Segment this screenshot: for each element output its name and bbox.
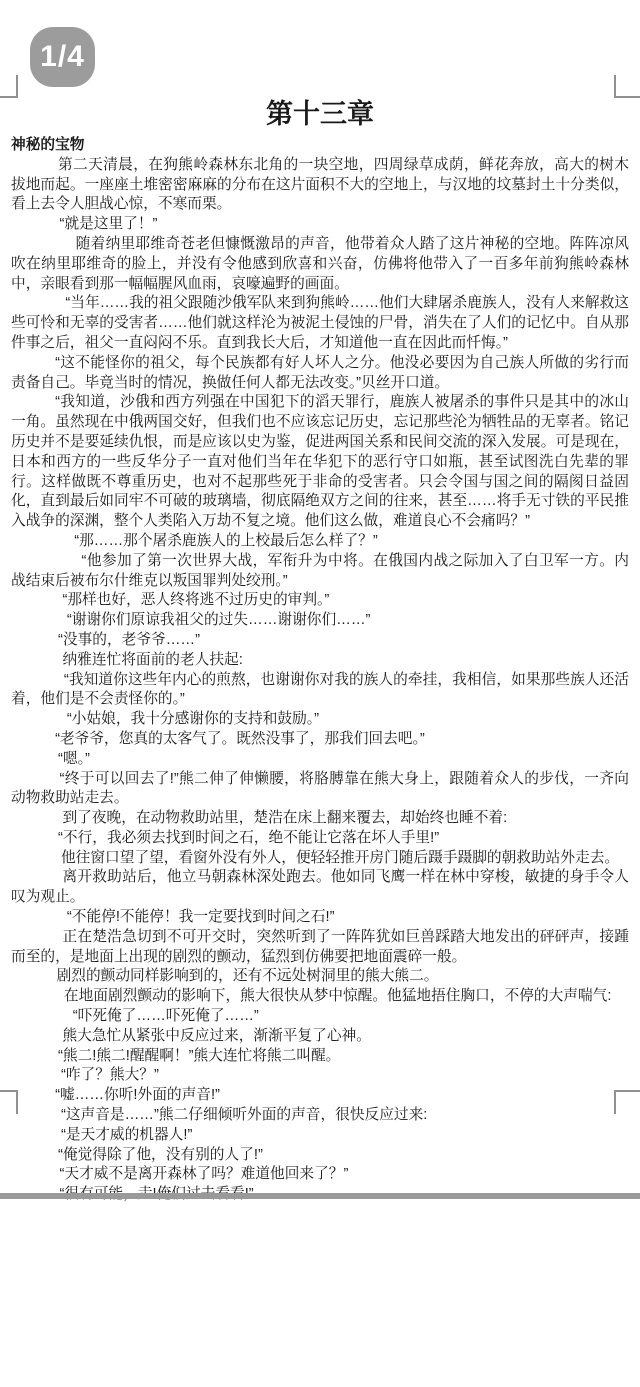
paragraph: “嗯。”	[11, 750, 629, 770]
paragraph: “终于可以回去了!”熊二伸了伸懒腰，将胳膊靠在熊大身上，跟随着众人的步伐，一齐向…	[11, 770, 629, 810]
page-indicator-label: 1/4	[40, 40, 85, 74]
chapter-title: 第十三章	[11, 96, 629, 132]
paragraph: 第二天清晨，在狗熊岭森林东北角的一块空地，四周绿草成荫，鲜花奔放，高大的树木拔地…	[11, 156, 629, 215]
paragraph: “熊二!熊二!醒醒啊！”熊大连忙将熊二叫醒。	[11, 1047, 629, 1067]
paragraph: “天才威不是离开森林了吗？难道他回来了？”	[11, 1165, 629, 1185]
paragraph: “那样也好，恶人终将逃不过历史的审判。”	[11, 591, 629, 611]
paragraph: “吓死俺了……吓死俺了……”	[11, 1007, 629, 1027]
paragraph: 熊大急忙从紧张中反应过来，渐渐平复了心神。	[11, 1027, 629, 1047]
paragraph: “嘘……你听!外面的声音!”	[11, 1086, 629, 1106]
page-separator-bar	[0, 1193, 640, 1199]
paragraph: “没事的，老爷爷……”	[11, 631, 629, 651]
chapter-content: 第十三章 神秘的宝物 第二天清晨，在狗熊岭森林东北角的一块空地，四周绿草成荫，鲜…	[11, 96, 629, 1205]
paragraph: “我知道你这些年内心的煎熬，也谢谢你对我的族人的牵挂，我相信，如果那些族人还活着…	[11, 671, 629, 711]
paragraph: “这声音是……”熊二仔细倾听外面的声音，很快反应过来:	[11, 1106, 629, 1126]
paragraph: 正在楚浩急切到不可开交时，突然听到了一阵阵犹如巨兽踩踏大地发出的砰砰声，接踵而至…	[11, 928, 629, 968]
paragraph: “谢谢你们原谅我祖父的过失……谢谢你们……”	[11, 611, 629, 631]
paragraph: “他参加了第一次世界大战，军衔升为中将。在俄国内战之际加入了白卫军一方。内战结束…	[11, 552, 629, 592]
paragraph: “当年……我的祖父跟随沙俄军队来到狗熊岭……他们大肆屠杀鹿族人，没有人来解救这些…	[11, 294, 629, 353]
paragraph: “不能停!不能停！我一定要找到时间之石!”	[11, 908, 629, 928]
paragraph: “俺觉得除了他，没有别的人了!”	[11, 1146, 629, 1166]
paragraph: “是天才威的机器人!”	[11, 1126, 629, 1146]
crop-corner-top-left-icon	[0, 75, 18, 98]
paragraph: 离开救助站后，他立马朝森林深处跑去。他如同飞鹰一样在林中穿梭，敏捷的身手令人叹为…	[11, 868, 629, 908]
paragraph: 剧烈的颤动同样影响到的，还有不远处树洞里的熊大熊二。	[11, 967, 629, 987]
paragraph-list: 第二天清晨，在狗熊岭森林东北角的一块空地，四周绿草成荫，鲜花奔放，高大的树木拔地…	[11, 156, 629, 1205]
paragraph: “不行，我必须去找到时间之石，绝不能让它落在坏人手里!”	[11, 829, 629, 849]
reader-page: 1/4 第十三章 神秘的宝物 第二天清晨，在狗熊岭森林东北角的一块空地，四周绿草…	[0, 0, 640, 1387]
section-subtitle: 神秘的宝物	[11, 136, 629, 156]
paragraph: “小姑娘，我十分感谢你的支持和鼓励。”	[11, 710, 629, 730]
paragraph: 纳雅连忙将面前的老人扶起:	[11, 651, 629, 671]
paragraph: “就是这里了！”	[11, 215, 629, 235]
crop-corner-top-right-icon	[614, 75, 640, 98]
paragraph: “我知道，沙俄和西方列强在中国犯下的滔天罪行，鹿族人被屠杀的事件只是其中的冰山一…	[11, 393, 629, 532]
paragraph: 在地面剧烈颤动的影响下，熊大很快从梦中惊醒。他猛地捂住胸口，不停的大声喘气:	[11, 987, 629, 1007]
page-indicator-badge: 1/4	[30, 27, 95, 87]
paragraph: “那……那个屠杀鹿族人的上校最后怎么样了？”	[11, 532, 629, 552]
paragraph: “这不能怪你的祖父，每个民族都有好人坏人之分。他没必要因为自己族人所做的劣行而责…	[11, 354, 629, 394]
paragraph: 随着纳里耶维奇苍老但慷慨激昂的声音，他带着众人踏了这片神秘的空地。阵阵凉风吹在纳…	[11, 235, 629, 294]
paragraph: 到了夜晚，在动物救助站里，楚浩在床上翻来覆去，却始终也睡不着:	[11, 809, 629, 829]
paragraph: “老爷爷，您真的太客气了。既然没事了，那我们回去吧。”	[11, 730, 629, 750]
paragraph: 他往窗口望了望，看窗外没有外人，便轻轻推开房门随后蹑手蹑脚的朝救助站外走去。	[11, 849, 629, 869]
paragraph: “咋了？熊大？”	[11, 1066, 629, 1086]
